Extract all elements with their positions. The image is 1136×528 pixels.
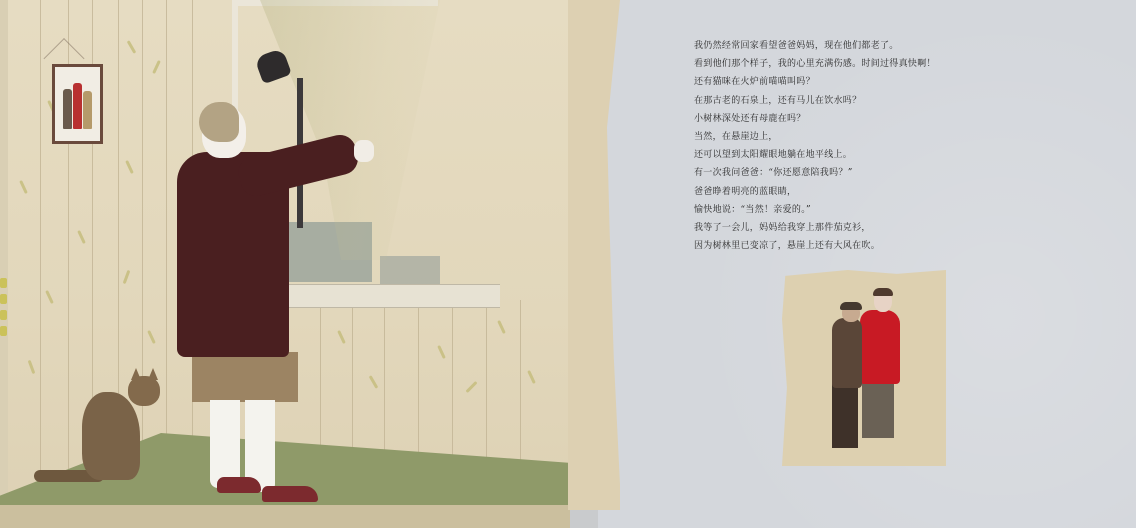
story-line: 愉快地说：“当然！亲爱的。”	[694, 201, 994, 219]
woman-hair	[199, 102, 239, 142]
page-bottom-edge	[0, 505, 570, 528]
story-line: 因为树林里已变凉了，悬崖上还有大风在吹。	[694, 237, 994, 255]
story-line: 爸爸睁着明亮的蓝眼睛，	[694, 183, 994, 201]
picture-figure	[63, 89, 72, 129]
tabby-cat	[82, 392, 140, 480]
woman-hand	[354, 140, 374, 162]
binding-stitch	[0, 310, 7, 320]
wall-plank	[40, 0, 41, 470]
flat-cap	[840, 302, 862, 310]
cat-head	[128, 376, 160, 406]
woman-shoe	[217, 477, 261, 493]
binding-stitch	[0, 326, 7, 336]
wall-plank	[166, 0, 167, 470]
story-text: 我仍然经常回家看望爸爸妈妈，现在他们都老了。 看到他们那个样子，我的心里充满伤感…	[694, 37, 994, 255]
man-brown-jacket	[832, 318, 862, 388]
woman-skirt	[192, 352, 298, 402]
man-brown-jacket-legs	[832, 382, 858, 448]
man-red-jacket	[860, 310, 900, 384]
binding-stitch	[0, 294, 7, 304]
story-line: 看到他们那个样子，我的心里充满伤感。时间过得真快啊！	[694, 55, 994, 73]
wall-plank	[352, 300, 353, 470]
wall-plank	[320, 300, 321, 470]
woman-shoe	[262, 486, 318, 502]
story-line: 在那古老的石泉上，还有马儿在饮水吗？	[694, 92, 994, 110]
story-line: 还可以望到太阳耀眼地躺在地平线上。	[694, 146, 994, 164]
framed-family-picture	[52, 64, 103, 144]
story-line: 还有猫咪在火炉前喵喵叫吗？	[694, 73, 994, 91]
wall-plank	[520, 300, 521, 470]
story-line: 我仍然经常回家看望爸爸妈妈，现在他们都老了。	[694, 37, 994, 55]
story-line: 我等了一会儿，妈妈给我穿上那件茄克衫，	[694, 219, 994, 237]
wall-plank	[384, 300, 385, 470]
man-red-jacket-legs	[862, 380, 894, 438]
left-page-illustration	[0, 0, 570, 528]
window-sill	[280, 284, 500, 308]
wall-plank	[452, 300, 453, 470]
picture-figure	[83, 91, 92, 129]
story-line: 有一次我问爸爸：“你还愿意陪我吗？”	[694, 164, 994, 182]
story-line: 当然，在悬崖边上，	[694, 128, 994, 146]
window-glass	[380, 256, 440, 284]
wall-plank	[486, 300, 487, 470]
man-red-jacket-hair	[873, 288, 893, 296]
woman-leg	[210, 400, 240, 488]
wall-plank	[418, 300, 419, 470]
story-line: 小树林深处还有母鹿在吗？	[694, 110, 994, 128]
picture-figure	[73, 83, 82, 129]
binding-stitch	[0, 278, 7, 288]
